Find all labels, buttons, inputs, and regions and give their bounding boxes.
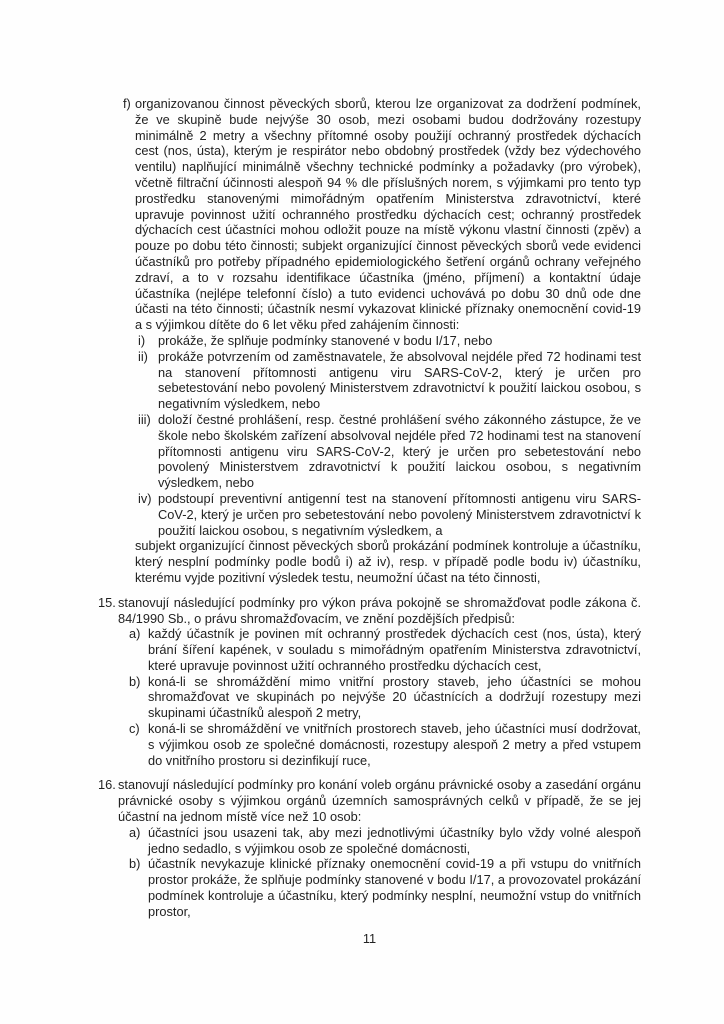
roman-item-ii-label: ii) bbox=[135, 349, 158, 412]
clause-15-item-b-label: b) bbox=[118, 674, 148, 721]
clause-16-item-b-label: b) bbox=[118, 856, 148, 919]
roman-item-i-text: prokáže, že splňuje podmínky stanovené v… bbox=[158, 333, 641, 349]
clause-f: f) organizovanou činnost pěveckých sborů… bbox=[123, 96, 641, 586]
clause-15-label: 15. bbox=[98, 595, 118, 769]
clause-16-item-b: b) účastník nevykazuje klinické příznaky… bbox=[118, 856, 641, 919]
clause-16-body: stanovují následující podmínky pro konán… bbox=[118, 777, 641, 919]
clause-15-item-c-text: koná-li se shromáždění ve vnitřních pros… bbox=[148, 721, 641, 768]
clause-15-item-a: a) každý účastník je povinen mít ochrann… bbox=[118, 626, 641, 673]
roman-item-ii: ii) prokáže potvrzením od zaměstnavatele… bbox=[135, 349, 641, 412]
page-content: f) organizovanou činnost pěveckých sborů… bbox=[98, 96, 641, 946]
clause-f-body: organizovanou činnost pěveckých sborů, k… bbox=[135, 96, 641, 586]
clause-15-item-b-text: koná-li se shromáždění mimo vnitřní pros… bbox=[148, 674, 641, 721]
roman-item-iii: iii) doloží čestné prohlášení, resp. čes… bbox=[135, 412, 641, 491]
roman-item-i: i) prokáže, že splňuje podmínky stanoven… bbox=[135, 333, 641, 349]
clause-16-text: stanovují následující podmínky pro konán… bbox=[118, 777, 641, 824]
clause-f-text: organizovanou činnost pěveckých sborů, k… bbox=[135, 96, 641, 333]
clause-f-roman-list: i) prokáže, že splňuje podmínky stanoven… bbox=[135, 333, 641, 538]
clause-16-item-b-text: účastník nevykazuje klinické příznaky on… bbox=[148, 856, 641, 919]
roman-item-iv: iv) podstoupí preventivní antigenní test… bbox=[135, 491, 641, 538]
clause-16-item-a-text: účastníci jsou usazeni tak, aby mezi jed… bbox=[148, 825, 641, 857]
clause-16-label: 16. bbox=[98, 777, 118, 919]
roman-item-i-label: i) bbox=[135, 333, 158, 349]
clause-16-item-a: a) účastníci jsou usazeni tak, aby mezi … bbox=[118, 825, 641, 857]
clause-16: 16. stanovují následující podmínky pro k… bbox=[98, 777, 641, 919]
clause-15-item-a-text: každý účastník je povinen mít ochranný p… bbox=[148, 626, 641, 673]
clause-16-item-a-label: a) bbox=[118, 825, 148, 857]
clause-15: 15. stanovují následující podmínky pro v… bbox=[98, 595, 641, 769]
page-number: 11 bbox=[98, 931, 641, 947]
document-page: f) organizovanou činnost pěveckých sborů… bbox=[0, 0, 724, 1024]
clause-15-body: stanovují následující podmínky pro výkon… bbox=[118, 595, 641, 769]
clause-f-continuation: subjekt organizující činnost pěveckých s… bbox=[135, 538, 641, 585]
clause-15-item-c: c) koná-li se shromáždění ve vnitřních p… bbox=[118, 721, 641, 768]
roman-item-iv-label: iv) bbox=[135, 491, 158, 538]
clause-15-item-c-label: c) bbox=[118, 721, 148, 768]
roman-item-iii-text: doloží čestné prohlášení, resp. čestné p… bbox=[158, 412, 641, 491]
roman-item-ii-text: prokáže potvrzením od zaměstnavatele, že… bbox=[158, 349, 641, 412]
clause-15-item-b: b) koná-li se shromáždění mimo vnitřní p… bbox=[118, 674, 641, 721]
roman-item-iii-label: iii) bbox=[135, 412, 158, 491]
clause-15-text: stanovují následující podmínky pro výkon… bbox=[118, 595, 641, 627]
roman-item-iv-text: podstoupí preventivní antigenní test na … bbox=[158, 491, 641, 538]
clause-15-item-a-label: a) bbox=[118, 626, 148, 673]
clause-f-label: f) bbox=[123, 96, 135, 586]
